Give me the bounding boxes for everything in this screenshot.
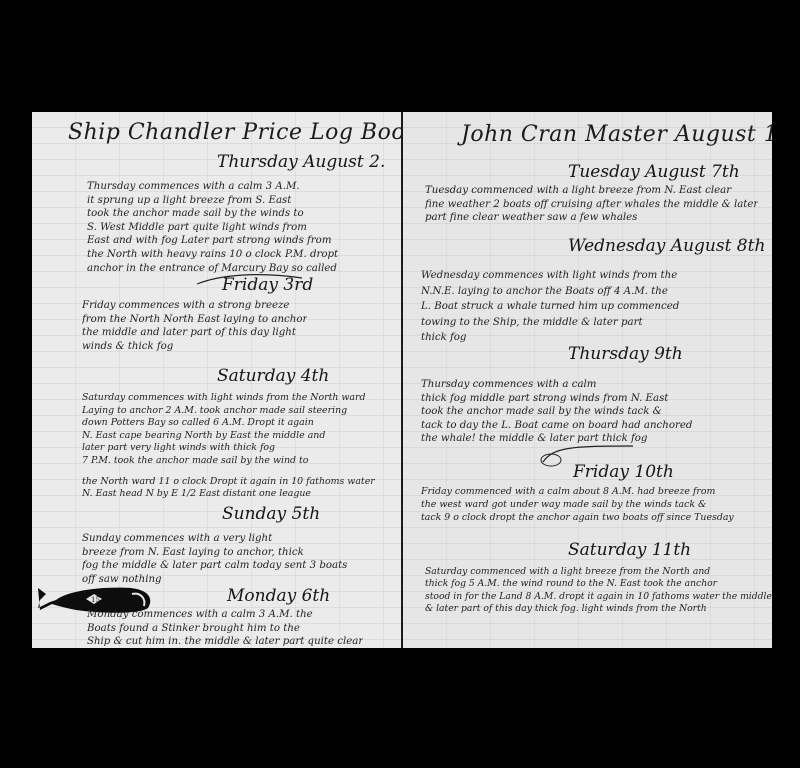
entry-line: down Potters Bay so called 6 A.M. Dropt … (82, 417, 375, 430)
entry-line: the west ward got under way made sail by… (421, 498, 734, 511)
entry-heading: Saturday 4th (217, 366, 329, 386)
entry-line: East and with fog Later part strong wind… (87, 234, 338, 248)
entry-line: later part very light winds with thick f… (82, 442, 375, 455)
entry-line: Ship & cut him in. the middle & later pa… (87, 635, 363, 648)
entry-line: tack to day the L. Boat came on board ha… (421, 419, 692, 433)
entry-line: Friday commenced with a calm about 8 A.M… (421, 485, 734, 498)
entry-line: winds & thick fog (82, 340, 307, 354)
log-book-scan: Ship Chandler Price Log Book Thursday Au… (32, 112, 772, 648)
entry-heading: Wednesday August 8th (568, 236, 765, 256)
entry-heading: Sunday 5th (222, 504, 320, 524)
entry-heading: Monday 6th (227, 586, 330, 606)
entry-line: the middle and later part of this day li… (82, 326, 307, 340)
entry-line: part fine clear weather saw a few whales (425, 211, 758, 225)
entry-line: N.N.E. laying to anchor the Boats off 4 … (421, 284, 679, 300)
entry-heading: Thursday August 2. (217, 152, 385, 172)
entry-line: Boats found a Stinker brought him to the (87, 622, 363, 636)
log-entry: Friday commenced with a calm about 8 A.M… (421, 485, 734, 525)
log-entry: Friday commences with a strong breeze fr… (82, 299, 307, 353)
entry-line: took the anchor made sail by the winds t… (421, 405, 692, 419)
entry-line: S. West Middle part quite light winds fr… (87, 221, 338, 235)
svg-text:15: 15 (91, 596, 100, 604)
entry-line: N. East head N by E 1/2 East distant one… (82, 488, 375, 501)
right-page: John Cran Master August 1855 Tuesday Aug… (403, 112, 772, 648)
log-entry: Thursday commences with a calm 3 A.M. it… (87, 180, 338, 275)
entry-line: Thursday commences with a calm 3 A.M. (87, 180, 338, 194)
page-title-right: John Cran Master August 1855 (461, 122, 772, 147)
entry-line: Tuesday commenced with a light breeze fr… (425, 184, 758, 198)
entry-line: Monday commences with a calm 3 A.M. the (87, 608, 363, 622)
entry-line: Saturday commenced with a light breeze f… (425, 566, 772, 578)
left-page: Ship Chandler Price Log Book Thursday Au… (32, 112, 401, 648)
entry-line: it sprung up a light breeze from S. East (87, 194, 338, 208)
entry-line: Wednesday commences with light winds fro… (421, 268, 679, 284)
log-entry: Saturday commenced with a light breeze f… (425, 566, 772, 616)
log-entry: Tuesday commenced with a light breeze fr… (425, 184, 758, 225)
entry-line: Laying to anchor 2 A.M. took anchor made… (82, 405, 375, 418)
entry-heading: Saturday 11th (568, 540, 691, 560)
entry-heading: Tuesday August 7th (568, 162, 740, 182)
entry-line: tack 9 o clock dropt the anchor again tw… (421, 511, 734, 524)
entry-line: Sunday commences with a very light (82, 532, 347, 546)
entry-line: Saturday commences with light winds from… (82, 392, 375, 405)
entry-heading: Thursday 9th (568, 344, 683, 364)
entry-line: thick fog 5 A.M. the wind round to the N… (425, 578, 772, 590)
entry-line: the North ward 11 o clock Dropt it again… (82, 476, 375, 489)
entry-line: thick fog middle part strong winds from … (421, 392, 692, 406)
entry-line: Thursday commences with a calm (421, 378, 692, 392)
entry-heading: Friday 3rd (222, 275, 313, 295)
log-entry: Saturday commences with light winds from… (82, 392, 375, 501)
entry-line: Friday commences with a strong breeze (82, 299, 307, 313)
entry-line: fine weather 2 boats off cruising after … (425, 198, 758, 212)
entry-line: took the anchor made sail by the winds t… (87, 207, 338, 221)
entry-line: N. East cape bearing North by East the m… (82, 430, 375, 443)
entry-line: stood in for the Land 8 A.M. dropt it ag… (425, 591, 772, 603)
log-entry: Thursday commences with a calm thick fog… (421, 378, 692, 446)
entry-line: the North with heavy rains 10 o clock P.… (87, 248, 338, 262)
entry-line: 7 P.M. took the anchor made sail by the … (82, 455, 375, 468)
entry-line: breeze from N. East laying to anchor, th… (82, 546, 347, 560)
page-title-left: Ship Chandler Price Log Book (68, 120, 401, 145)
spacer (82, 468, 375, 476)
entry-line: & later part of this day thick fog. ligh… (425, 603, 772, 615)
entry-line: from the North North East laying to anch… (82, 313, 307, 327)
entry-heading: Friday 10th (573, 462, 674, 482)
entry-line: fog the middle & later part calm today s… (82, 559, 347, 573)
log-entry: Wednesday commences with light winds fro… (421, 268, 679, 346)
entry-line: L. Boat struck a whale turned him up com… (421, 299, 679, 315)
log-entry: Monday commences with a calm 3 A.M. the … (87, 608, 363, 648)
entry-line: towing to the Ship, the middle & later p… (421, 315, 679, 331)
